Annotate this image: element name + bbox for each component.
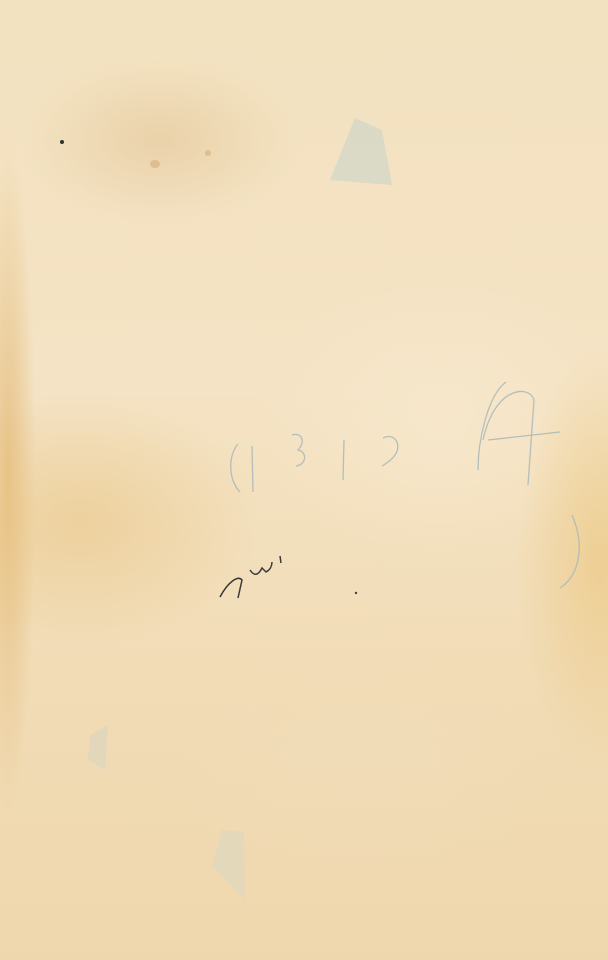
- paper-page: [0, 0, 608, 960]
- paper-patches: [0, 0, 608, 960]
